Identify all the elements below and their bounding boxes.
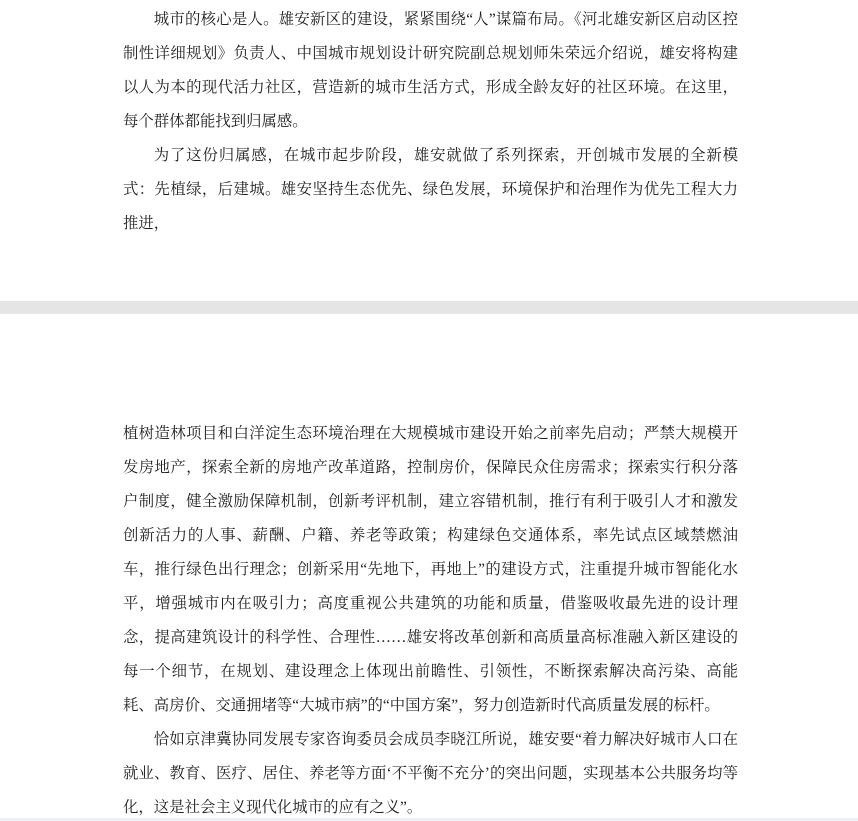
- document-page-1: 城市的核心是人。雄安新区的建设，紧紧围绕“人”谋篇布局。《河北雄安新区启动区控制…: [0, 0, 858, 301]
- page-gap: [0, 301, 858, 314]
- document-page-2: 植树造林项目和白洋淀生态环境治理在大规模城市建设开始之前率先启动；严禁大规模开发…: [0, 314, 858, 818]
- paragraph: 恰如京津冀协同发展专家咨询委员会成员李晓江所说，雄安要“着力解决好城市人口在就业…: [123, 723, 738, 821]
- paragraph: 城市的核心是人。雄安新区的建设，紧紧围绕“人”谋篇布局。《河北雄安新区启动区控制…: [123, 3, 738, 139]
- document-viewer: 城市的核心是人。雄安新区的建设，紧紧围绕“人”谋篇布局。《河北雄安新区启动区控制…: [0, 0, 858, 821]
- paragraph: 为了这份归属感，在城市起步阶段，雄安就做了系列探索，开创城市发展的全新模式：先植…: [123, 139, 738, 241]
- paragraph: 植树造林项目和白洋淀生态环境治理在大规模城市建设开始之前率先启动；严禁大规模开发…: [123, 417, 738, 723]
